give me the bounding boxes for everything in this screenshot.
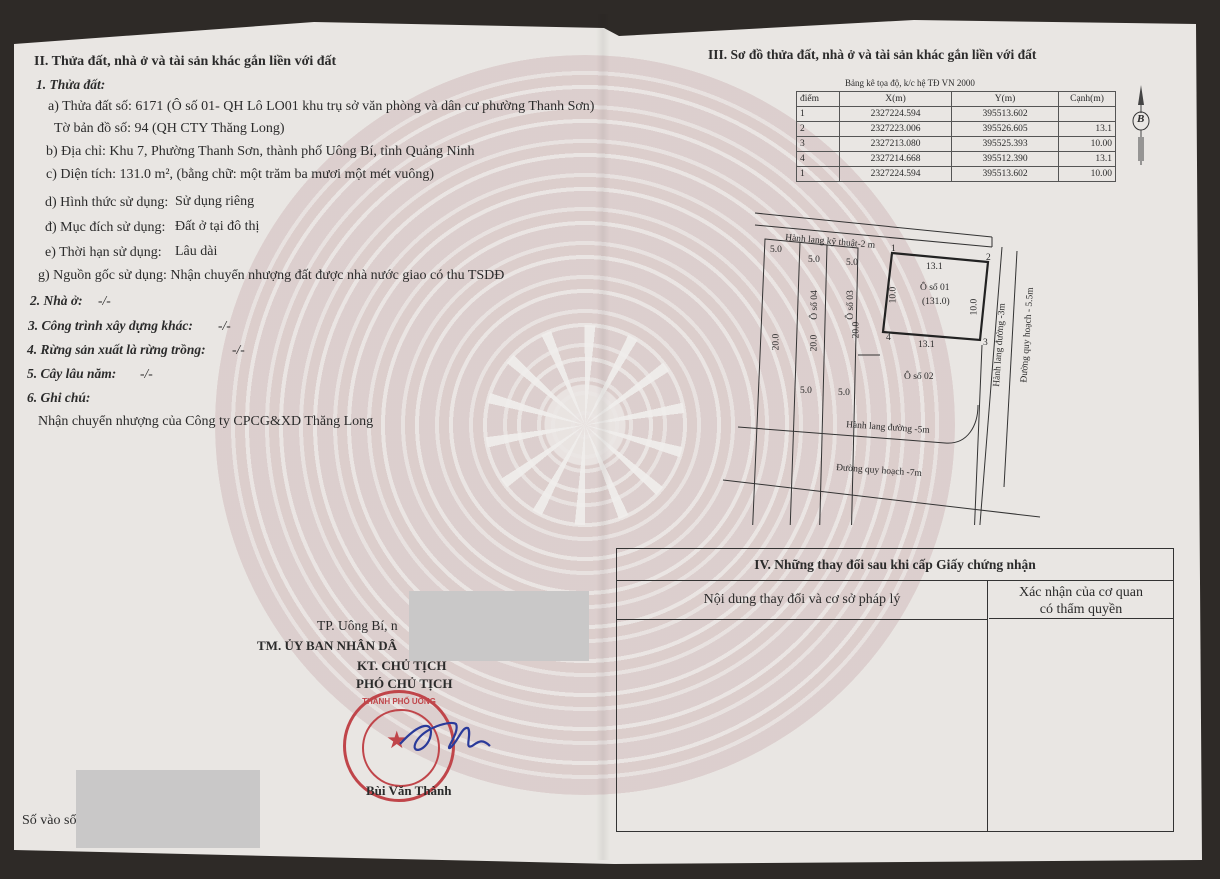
usage-purpose-label: đ) Mục đích sử dụng: [45, 220, 165, 236]
changes-content-cell [617, 620, 988, 831]
cell: 13.1 [1059, 122, 1116, 137]
table-row: 22327223.006395526.60513.1 [797, 122, 1116, 137]
cell: 2 [797, 122, 840, 137]
plot-01-label: Ô số 01 [920, 283, 950, 293]
redacted-date-box [409, 591, 589, 661]
usage-term-value: Lâu dài [175, 244, 217, 260]
changes-confirm-cell [989, 620, 1173, 831]
dim-top: 13.1 [926, 262, 943, 272]
cell: 2327213.080 [840, 137, 952, 152]
redacted-register-box [76, 770, 260, 848]
signature-scribble [390, 712, 500, 762]
plot-02-label: Ô số 02 [904, 372, 934, 382]
cell: 395513.602 [952, 107, 1059, 122]
cell: 10.00 [1059, 167, 1116, 182]
table-row: 42327214.668395512.39013.1 [797, 152, 1116, 167]
forest-label: 4. Rừng sản xuất là rừng trồng: [27, 342, 206, 358]
perennial-trees-label: 5. Cây lâu năm: [27, 366, 116, 382]
point-2: 2 [986, 253, 991, 263]
section-iii-title: III. Sơ đồ thửa đất, nhà ở và tài sản kh… [708, 47, 1036, 63]
land-heading: 1. Thửa đất: [36, 77, 105, 93]
page-fold [596, 14, 610, 860]
signer-name: Bùi Văn Thành [366, 783, 452, 799]
north-arrow-icon [1131, 85, 1151, 165]
point-3: 3 [983, 338, 988, 348]
dim-left: 10.0 [888, 287, 898, 304]
house-value: -/- [98, 293, 111, 309]
coord-table-caption: Bảng kê tọa độ, k/c hệ TĐ VN 2000 [845, 78, 975, 88]
changes-content-header: Nội dung thay đổi và cơ sở pháp lý [617, 581, 988, 620]
register-number-label: Số vào sổ [22, 813, 76, 829]
address: b) Địa chỉ: Khu 7, Phường Thanh Sơn, thà… [46, 144, 475, 160]
cell: 395513.602 [952, 167, 1059, 182]
col-header-x: X(m) [840, 92, 952, 107]
cell: 2327223.006 [840, 122, 952, 137]
usage-term-label: e) Thời hạn sử dụng: [45, 245, 162, 261]
cell: 1 [797, 167, 840, 182]
col-header-point: điểm [797, 92, 840, 107]
house-label: 2. Nhà ở: [30, 293, 83, 309]
plot-01-area: (131.0) [922, 297, 950, 307]
cell: 395526.605 [952, 122, 1059, 137]
table-row: 12327224.594395513.60210.00 [797, 167, 1116, 182]
changes-table: IV. Những thay đổi sau khi cấp Giấy chứn… [616, 548, 1174, 832]
col-header-y: Y(m) [952, 92, 1059, 107]
dim-5-0-c: 5.0 [846, 258, 858, 268]
usage-form-label: d) Hình thức sử dụng: [45, 195, 168, 211]
cell: 4 [797, 152, 840, 167]
confirm-header-line2: có thẩm quyền [989, 601, 1173, 618]
table-row: 32327213.080395525.39310.00 [797, 137, 1116, 152]
changes-title: IV. Những thay đổi sau khi cấp Giấy chứn… [617, 549, 1173, 581]
cell: 1 [797, 107, 840, 122]
cell: 10.00 [1059, 137, 1116, 152]
dim-20-0-c: 20.0 [851, 322, 861, 339]
cell: 395512.390 [952, 152, 1059, 167]
point-1: 1 [891, 244, 896, 254]
note-heading: 6. Ghi chú: [27, 390, 90, 406]
cell: 2327214.668 [840, 152, 952, 167]
plot-03-label: Ô số 03 [846, 290, 856, 320]
cell: 13.1 [1059, 152, 1116, 167]
cell: 2327224.594 [840, 167, 952, 182]
table-row: 12327224.594395513.602 [797, 107, 1116, 122]
usage-form-value: Sử dụng riêng [175, 194, 254, 210]
seal-text: THÀNH PHỐ UÔNG [346, 697, 452, 706]
section-ii-title: II. Thửa đất, nhà ở và tài sản khác gắn … [34, 54, 336, 70]
dim-20-0-b: 20.0 [809, 335, 819, 352]
plot-04-label: Ô số 04 [810, 290, 820, 320]
dim-5-0-e: 5.0 [838, 388, 850, 398]
signing-org: TM. ỦY BAN NHÂN DÂ [257, 638, 397, 654]
other-construction-label: 3. Công trình xây dựng khác: [28, 318, 193, 334]
dim-5-0-d: 5.0 [800, 386, 812, 396]
point-4: 4 [886, 333, 891, 343]
dim-right: 10.0 [969, 299, 979, 316]
confirm-header-line1: Xác nhận của cơ quan [989, 584, 1173, 601]
north-symbol: B [1137, 113, 1144, 125]
changes-confirm-header: Xác nhận của cơ quan có thẩm quyền [989, 581, 1173, 619]
table-header-row: điểm X(m) Y(m) Cạnh(m) [797, 92, 1116, 107]
forest-value: -/- [232, 342, 245, 358]
coordinate-table: điểm X(m) Y(m) Cạnh(m) 12327224.59439551… [796, 91, 1116, 182]
cell: 3 [797, 137, 840, 152]
col-header-edge: Cạnh(m) [1059, 92, 1116, 107]
drum-star-watermark [485, 325, 685, 525]
usage-purpose-value: Đất ở tại đô thị [175, 219, 259, 235]
area: c) Diện tích: 131.0 m², (bằng chữ: một t… [46, 167, 434, 183]
dim-5-0-b: 5.0 [808, 255, 820, 265]
cell: 395525.393 [952, 137, 1059, 152]
dim-20-0-a: 20.0 [771, 334, 781, 351]
cell: 2327224.594 [840, 107, 952, 122]
other-construction-value: -/- [218, 318, 231, 334]
cell [1059, 107, 1116, 122]
place-date: TP. Uông Bí, n [317, 618, 398, 634]
note-text: Nhận chuyển nhượng của Công ty CPCG&XD T… [38, 414, 373, 430]
map-sheet-number: Tờ bản đồ số: 94 (QH CTY Thăng Long) [54, 121, 285, 137]
perennial-trees-value: -/- [140, 366, 153, 382]
dim-bottom: 13.1 [918, 340, 935, 350]
land-plot-number: a) Thửa đất số: 6171 (Ô số 01- QH Lô LO0… [48, 99, 594, 115]
dim-5-0-a: 5.0 [770, 245, 782, 255]
usage-origin: g) Nguồn gốc sử dụng: Nhận chuyển nhượng… [38, 268, 504, 284]
